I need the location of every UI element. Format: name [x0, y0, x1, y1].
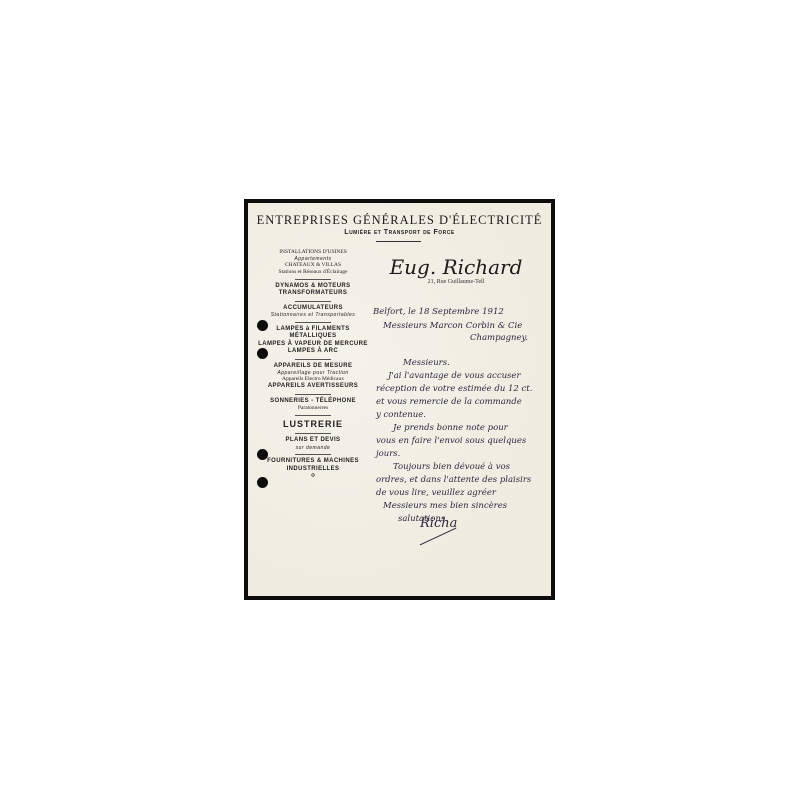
service-item: LAMPES À VAPEUR DE MERCURE: [258, 341, 368, 349]
divider: [295, 433, 331, 434]
divider: [376, 241, 421, 242]
letter-line: de vous lire, veuillez agréer: [376, 488, 496, 498]
divider: [295, 279, 331, 280]
service-item: CHATEAUX & VILLAS: [258, 262, 368, 269]
service-item: ✣: [258, 473, 368, 480]
punch-hole: [257, 320, 268, 331]
service-item: Paratonnerres: [258, 405, 368, 412]
service-item: DYNAMOS & MOTEURS: [258, 283, 368, 291]
divider: [295, 394, 331, 395]
service-item: SONNERIES - TÉLÉPHONE: [258, 398, 368, 406]
letterhead-subtitle: Lumière et Transport de Force: [248, 229, 551, 236]
punch-hole: [257, 348, 268, 359]
divider: [295, 322, 331, 323]
service-item: LAMPES À ARC: [258, 348, 368, 356]
letter-line: vous en faire l'envoi sous quelques: [376, 436, 526, 446]
service-item: Appareils Electro Médicaux: [258, 376, 368, 383]
letter-line: réception de votre estimée du 12 ct.: [376, 384, 532, 394]
recipient-city: Champagney.: [470, 333, 528, 343]
letter-line: Je prends bonne note pour: [393, 423, 508, 433]
divider: [295, 415, 331, 416]
service-item: sur demande: [258, 445, 368, 451]
letter-line: ordres, et dans l'attente des plaisirs: [376, 475, 531, 485]
salutation: Messieurs.: [403, 358, 450, 368]
punch-hole: [257, 449, 268, 460]
service-item: APPAREILS DE MESURE: [258, 363, 368, 371]
printer-mark: [250, 428, 254, 429]
service-item: Stationnaires et Transportables: [258, 312, 368, 318]
service-item: APPAREILS AVERTISSEURS: [258, 383, 368, 391]
letter-line: Toujours bien dévoué à vos: [393, 462, 510, 472]
letterhead-title: ENTREPRISES GÉNÉRALES D'ÉLECTRICITÉ: [248, 213, 551, 228]
divider: [295, 359, 331, 360]
letter-line: et vous remercie de la commande: [376, 397, 522, 407]
divider: [295, 454, 331, 455]
punch-hole: [257, 477, 268, 488]
service-item: ACCUMULATEURS: [258, 305, 368, 313]
letter-line: jours.: [376, 449, 400, 459]
services-list: INSTALLATIONS D'USINESAppartementsCHATEA…: [258, 249, 368, 480]
letter-line: y contenue.: [376, 410, 426, 420]
service-item: FOURNITURES & MACHINES: [258, 458, 368, 466]
service-item: INDUSTRIELLES: [258, 466, 368, 474]
service-item: PLANS ET DEVIS: [258, 437, 368, 445]
date-line: Belfort, le 18 Septembre 1912: [373, 307, 504, 317]
letter-line: Messieurs mes bien sincères: [383, 501, 507, 511]
service-item: LAMPES à FILAMENTS MÉTALLIQUES: [258, 326, 368, 341]
recipient: Messieurs Marcon Corbin & Cie: [383, 321, 522, 331]
company-address: 21, Rue Guillaume-Tell: [376, 279, 536, 285]
service-item: TRANSFORMATEURS: [258, 290, 368, 298]
service-item: INSTALLATIONS D'USINES: [258, 249, 368, 256]
letter-page: ENTREPRISES GÉNÉRALES D'ÉLECTRICITÉ Lumi…: [248, 203, 551, 596]
service-item: Stations et Réseaux d'Éclairage: [258, 269, 368, 276]
service-item: LUSTRERIE: [258, 419, 368, 430]
divider: [295, 301, 331, 302]
company-name: Eug. Richard: [376, 255, 536, 279]
letter-line: J'ai l'avantage de vous accuser: [388, 371, 521, 381]
